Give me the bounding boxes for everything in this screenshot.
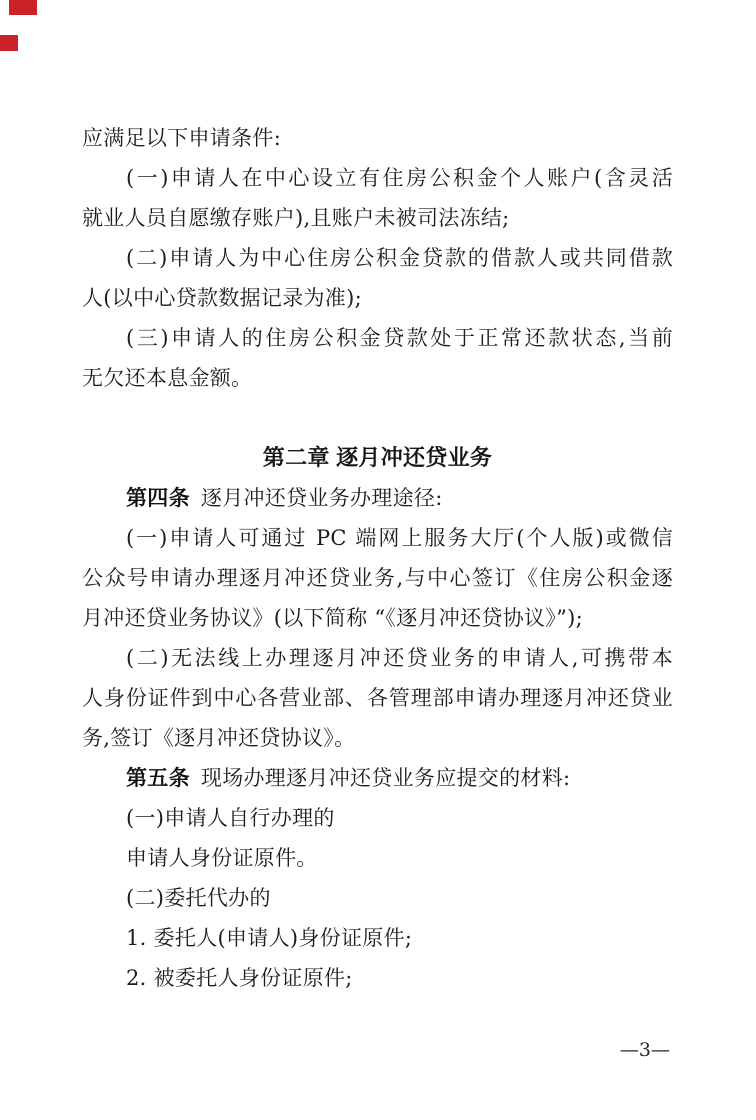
text-line: (一)申请人在中心设立有住房公积金个人账户(含灵活	[82, 164, 673, 196]
line-text: 逐月冲还贷业务办理途径:	[201, 486, 443, 510]
line-text: 现场办理逐月冲还贷业务应提交的材料:	[201, 766, 570, 790]
chapter-heading: 第二章 逐月冲还贷业务	[82, 444, 673, 476]
document-body: 应满足以下申请条件:(一)申请人在中心设立有住房公积金个人账户(含灵活就业人员自…	[0, 0, 756, 1120]
text-line: (一)申请人自行办理的	[82, 804, 673, 836]
text-line: 务,签订《逐月冲还贷协议》。	[82, 724, 673, 756]
text-line: (二)申请人为中心住房公积金贷款的借款人或共同借款	[82, 244, 673, 276]
text-line: 第五条现场办理逐月冲还贷业务应提交的材料:	[82, 764, 673, 796]
article-number: 第四条	[126, 485, 190, 510]
text-line: 无欠还本息金额。	[82, 364, 673, 396]
text-line: (二)委托代办的	[82, 884, 673, 916]
page-number: —3—	[620, 1039, 670, 1061]
text-line: 第四条逐月冲还贷业务办理途径:	[82, 484, 673, 516]
text-line: 人(以中心贷款数据记录为准);	[82, 284, 673, 316]
text-line: (三)申请人的住房公积金贷款处于正常还款状态,当前	[82, 324, 673, 356]
text-line: 申请人身份证原件。	[82, 844, 673, 876]
text-line: 就业人员自愿缴存账户),且账户未被司法冻结;	[82, 204, 673, 236]
text-line: (一)申请人可通过 PC 端网上服务大厅(个人版)或微信	[82, 524, 673, 556]
document-page: 应满足以下申请条件:(一)申请人在中心设立有住房公积金个人账户(含灵活就业人员自…	[0, 0, 756, 1120]
article-number: 第五条	[126, 765, 190, 790]
text-line: 人身份证件到中心各营业部、各管理部申请办理逐月冲还贷业	[82, 684, 673, 716]
text-line: 2. 被委托人身份证原件;	[82, 964, 673, 996]
text-line: (二)无法线上办理逐月冲还贷业务的申请人,可携带本	[82, 644, 673, 676]
text-line: 月冲还贷业务协议》(以下简称 “《逐月冲还贷协议》”);	[82, 604, 673, 636]
text-line: 1. 委托人(申请人)身份证原件;	[82, 924, 673, 956]
text-line: 应满足以下申请条件:	[82, 124, 673, 156]
text-line: 公众号申请办理逐月冲还贷业务,与中心签订《住房公积金逐	[82, 564, 673, 596]
